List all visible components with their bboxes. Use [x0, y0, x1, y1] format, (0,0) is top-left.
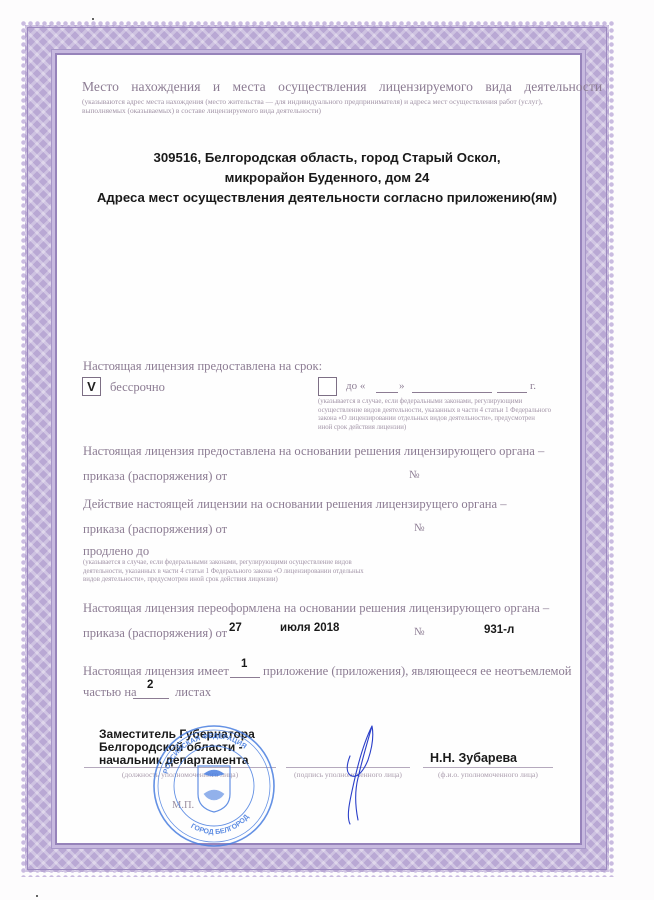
appendix-count: 1 [241, 658, 247, 670]
document-content: Место нахождения и места осуществления л… [0, 0, 654, 900]
extension-note-1: (указывается в случае, если федеральными… [83, 559, 364, 568]
basis-line-1: Настоящая лицензия предоставлена на осно… [83, 444, 544, 459]
sheets-prefix: частью на [83, 685, 137, 700]
address-line-2: микрорайон Буденного, дом 24 [60, 170, 594, 185]
section-title: Место нахождения и места осуществления л… [82, 79, 556, 95]
svg-text:ГОРОД БЕЛГОРОД: ГОРОД БЕЛГОРОД [189, 814, 250, 837]
appendix-prefix: Настоящая лицензия имеет [83, 664, 229, 679]
appendix-count-blank [230, 677, 260, 678]
extension-line-2: приказа (распоряжения) от [83, 522, 227, 537]
term-label: Настоящая лицензия предоставлена на срок… [83, 359, 322, 374]
until-day-blank[interactable] [376, 392, 398, 393]
until-prefix: до « [346, 380, 365, 392]
indefinite-label: бессрочно [110, 380, 165, 395]
extension-note: (указывается в случае, если федеральными… [83, 559, 364, 585]
reissue-day: 27 [229, 622, 242, 634]
address-line-3: Адреса мест осуществления деятельности с… [60, 190, 594, 205]
until-note-2: осуществление видов деятельности, указан… [318, 407, 551, 416]
reissue-number: 931-л [484, 624, 514, 636]
until-note: (указывается в случае, если федеральными… [318, 398, 551, 432]
sheets-blank [133, 698, 169, 699]
extension-number-sign: № [414, 522, 425, 534]
appendix-suffix: приложение (приложения), являющееся ее н… [263, 664, 572, 679]
extended-until-label: продлено до [83, 544, 149, 559]
address-line-1: 309516, Белгородская область, город Стар… [60, 150, 594, 165]
official-stamp-icon: РОССИЙСКАЯ ФЕДЕРАЦИЯ ГОРОД БЕЛГОРОД [152, 724, 276, 848]
check-mark-icon: V [87, 379, 96, 394]
indefinite-checkbox[interactable]: V [82, 377, 101, 396]
basis-line-2: приказа (распоряжения) от [83, 469, 227, 484]
until-month-blank[interactable] [412, 392, 492, 393]
extension-note-2: деятельности, указанных в части 4 статьи… [83, 568, 364, 577]
reissue-number-sign: № [414, 626, 425, 638]
stamp-text-bottom: ГОРОД БЕЛГОРОД [189, 814, 250, 837]
until-mid: » [399, 380, 405, 392]
until-date-field: до « [346, 380, 365, 392]
section-note-1: (указываются адрес места нахождения (мес… [82, 97, 562, 106]
caption-name: (ф.и.о. уполномоченного лица) [423, 770, 553, 779]
signatory-name: Н.Н. Зубарева [430, 751, 517, 765]
reissue-line-1: Настоящая лицензия переоформлена на осно… [83, 601, 549, 616]
handwritten-signature-icon [328, 720, 398, 830]
name-line [423, 767, 553, 768]
basis-number-sign: № [409, 469, 420, 481]
reissue-line-2: приказа (распоряжения) от [83, 626, 227, 641]
until-note-3: закона «О лицензировании отдельных видов… [318, 415, 551, 424]
until-date-checkbox[interactable] [318, 377, 337, 396]
extension-line-1: Действие настоящей лицензии на основании… [83, 497, 507, 512]
extension-note-3: видов деятельности», предусмотрен иной с… [83, 576, 364, 585]
until-note-4: иной срок действия лицензии) [318, 424, 551, 433]
speck [92, 18, 94, 20]
speck [36, 895, 38, 897]
section-note-2: выполняемых (оказываемых) в составе лице… [82, 106, 562, 115]
until-note-1: (указывается в случае, если федеральными… [318, 398, 551, 407]
until-suffix: г. [530, 380, 536, 392]
reissue-month-year: июля 2018 [280, 622, 339, 634]
sheets-suffix: листах [175, 685, 211, 700]
sheets-count: 2 [147, 679, 153, 691]
until-year-blank[interactable] [497, 392, 527, 393]
